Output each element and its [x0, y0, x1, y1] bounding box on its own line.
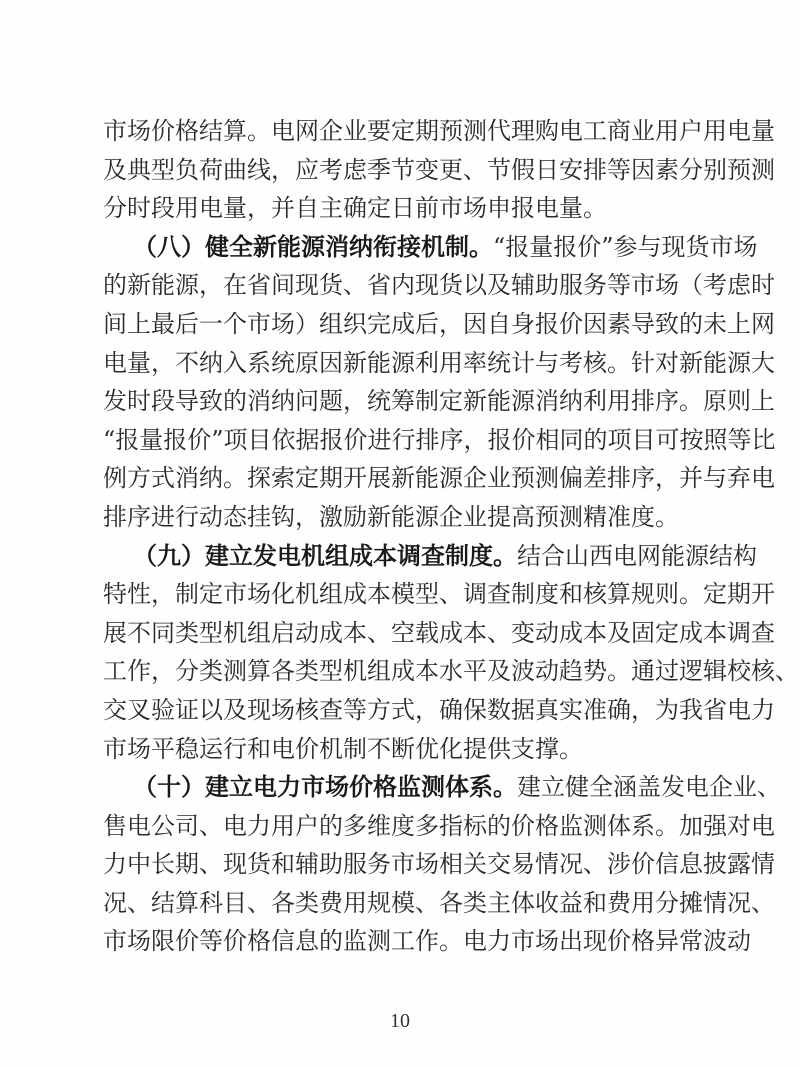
section-8-text: “报量报价”参与现货市场 — [493, 233, 758, 261]
text-line: 售电公司、电力用户的多维度多指标的价格监测体系。加强对电 — [103, 807, 703, 846]
section-9-first-line: （九）建立发电机组成本调查制度。结合山西电网能源结构 — [103, 537, 703, 576]
text-line: 展不同类型机组启动成本、空载成本、变动成本及固定成本调查 — [103, 614, 703, 653]
text-line: 电量，不纳入系统原因新能源利用率统计与考核。针对新能源大 — [103, 344, 703, 383]
text-line: 特性，制定市场化机组成本模型、调查制度和核算规则。定期开 — [103, 575, 703, 614]
document-body: 市场价格结算。电网企业要定期预测代理购电工商业用户用电量 及典型负荷曲线，应考虑… — [103, 112, 703, 961]
text-line: 排序进行动态挂钩，激励新能源企业提高预测精准度。 — [103, 498, 703, 537]
text-line: 工作，分类测算各类型机组成本水平及波动趋势。通过逻辑校核、 — [103, 652, 703, 691]
text-line: 交叉验证以及现场核查等方式，确保数据真实准确，为我省电力 — [103, 691, 703, 730]
text-line: 市场价格结算。电网企业要定期预测代理购电工商业用户用电量 — [103, 112, 703, 151]
section-8-heading: （八）健全新能源消纳衔接机制。 — [133, 232, 493, 261]
text-line: 发时段导致的消纳问题，统筹制定新能源消纳利用排序。原则上 — [103, 382, 703, 421]
text-line: 况、结算科目、各类费用规模、各类主体收益和费用分摊情况、 — [103, 884, 703, 923]
text-line: 例方式消纳。探索定期开展新能源企业预测偏差排序，并与弃电 — [103, 459, 703, 498]
text-line: 力中长期、现货和辅助服务市场相关交易情况、涉价信息披露情 — [103, 845, 703, 884]
section-10-heading: （十）建立电力市场价格监测体系。 — [133, 772, 517, 801]
text-line: 分时段用电量，并自主确定日前市场申报电量。 — [103, 189, 703, 228]
section-9-heading: （九）建立发电机组成本调查制度。 — [133, 541, 517, 570]
text-line: “报量报价”项目依据报价进行排序，报价相同的项目可按照等比 — [103, 421, 703, 460]
text-line: 市场平稳运行和电价机制不断优化提供支撑。 — [103, 730, 703, 769]
text-line: 间上最后一个市场）组织完成后，因自身报价因素导致的未上网 — [103, 305, 703, 344]
page-number: 10 — [0, 1010, 800, 1033]
text-line: 市场限价等价格信息的监测工作。电力市场出现价格异常波动 — [103, 922, 703, 961]
section-9-text: 结合山西电网能源结构 — [517, 542, 757, 570]
document-page: 市场价格结算。电网企业要定期预测代理购电工商业用户用电量 及典型负荷曲线，应考虑… — [0, 0, 800, 1067]
section-8-first-line: （八）健全新能源消纳衔接机制。“报量报价”参与现货市场 — [103, 228, 703, 267]
section-10-first-line: （十）建立电力市场价格监测体系。建立健全涵盖发电企业、 — [103, 768, 703, 807]
text-line: 的新能源，在省间现货、省内现货以及辅助服务等市场（考虑时 — [103, 266, 703, 305]
section-10-text: 建立健全涵盖发电企业、 — [517, 773, 781, 801]
text-line: 及典型负荷曲线，应考虑季节变更、节假日安排等因素分别预测 — [103, 151, 703, 190]
